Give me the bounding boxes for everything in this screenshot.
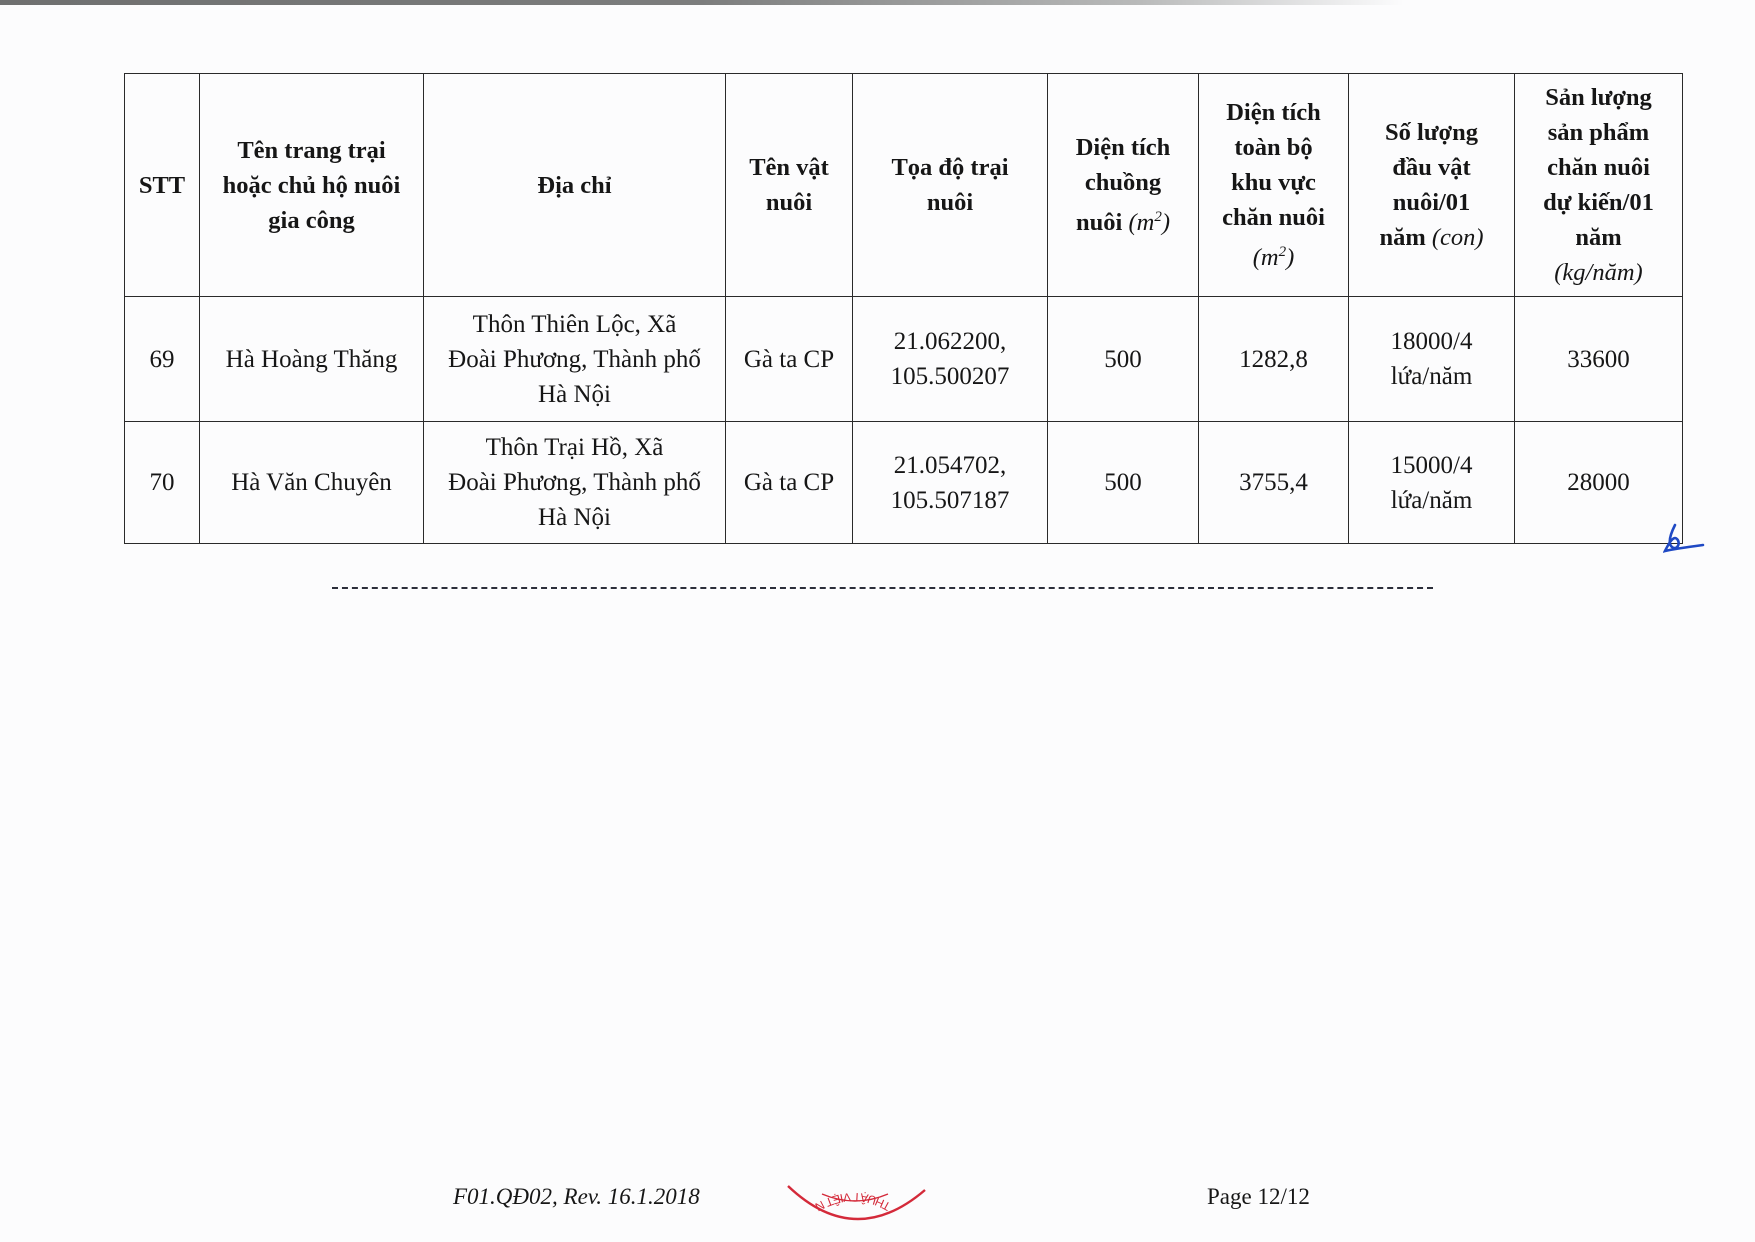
cell-address: Thôn Thiên Lộc, Xã Đoài Phương, Thành ph…: [424, 297, 726, 422]
cell-address: Thôn Trại Hồ, Xã Đoài Phương, Thành phố …: [424, 422, 726, 544]
svg-text:THUẬT VIỆT N: THUẬT VIỆT N: [813, 1190, 893, 1214]
cell-animal: Gà ta CP: [726, 297, 853, 422]
scan-edge-bar: [0, 0, 1755, 5]
header-expected-output: Sản lượng sản phẩm chăn nuôi dự kiến/01 …: [1515, 74, 1683, 297]
cell-expected-output: 33600: [1515, 297, 1683, 422]
cell-stt: 70: [125, 422, 200, 544]
header-stt: STT: [125, 74, 200, 297]
header-head-count: Số lượng đầu vật nuôi/01 năm (con): [1349, 74, 1515, 297]
cell-expected-output: 28000: [1515, 422, 1683, 544]
company-stamp-icon: THUẬT VIỆT N: [780, 1178, 930, 1233]
cell-farm-name: Hà Hoàng Thăng: [200, 297, 424, 422]
cell-animal: Gà ta CP: [726, 422, 853, 544]
table-row: 69 Hà Hoàng Thăng Thôn Thiên Lộc, Xã Đoà…: [125, 297, 1683, 422]
header-barn-area: Diện tích chuồng nuôi (m2): [1048, 74, 1199, 297]
cell-total-area: 3755,4: [1199, 422, 1349, 544]
header-farm-name: Tên trang trại hoặc chủ hộ nuôi gia công: [200, 74, 424, 297]
cell-coordinates: 21.054702, 105.507187: [853, 422, 1048, 544]
cell-barn-area: 500: [1048, 422, 1199, 544]
cell-stt: 69: [125, 297, 200, 422]
section-divider-dashed: [332, 587, 1433, 589]
cell-total-area: 1282,8: [1199, 297, 1349, 422]
farm-table: STT Tên trang trại hoặc chủ hộ nuôi gia …: [124, 73, 1683, 544]
table-header-row: STT Tên trang trại hoặc chủ hộ nuôi gia …: [125, 74, 1683, 297]
cell-coordinates: 21.062200, 105.500207: [853, 297, 1048, 422]
cell-farm-name: Hà Văn Chuyên: [200, 422, 424, 544]
header-address: Địa chỉ: [424, 74, 726, 297]
page-number: Page 12/12: [1207, 1184, 1310, 1210]
cell-head-count: 18000/4 lứa/năm: [1349, 297, 1515, 422]
header-total-area: Diện tích toàn bộ khu vực chăn nuôi (m2): [1199, 74, 1349, 297]
cell-head-count: 15000/4 lứa/năm: [1349, 422, 1515, 544]
header-animal: Tên vật nuôi: [726, 74, 853, 297]
form-code: F01.QĐ02, Rev. 16.1.2018: [453, 1184, 700, 1210]
header-coordinates: Tọa độ trại nuôi: [853, 74, 1048, 297]
table-row: 70 Hà Văn Chuyên Thôn Trại Hồ, Xã Đoài P…: [125, 422, 1683, 544]
cell-barn-area: 500: [1048, 297, 1199, 422]
signature-initial-icon: [1663, 523, 1705, 557]
